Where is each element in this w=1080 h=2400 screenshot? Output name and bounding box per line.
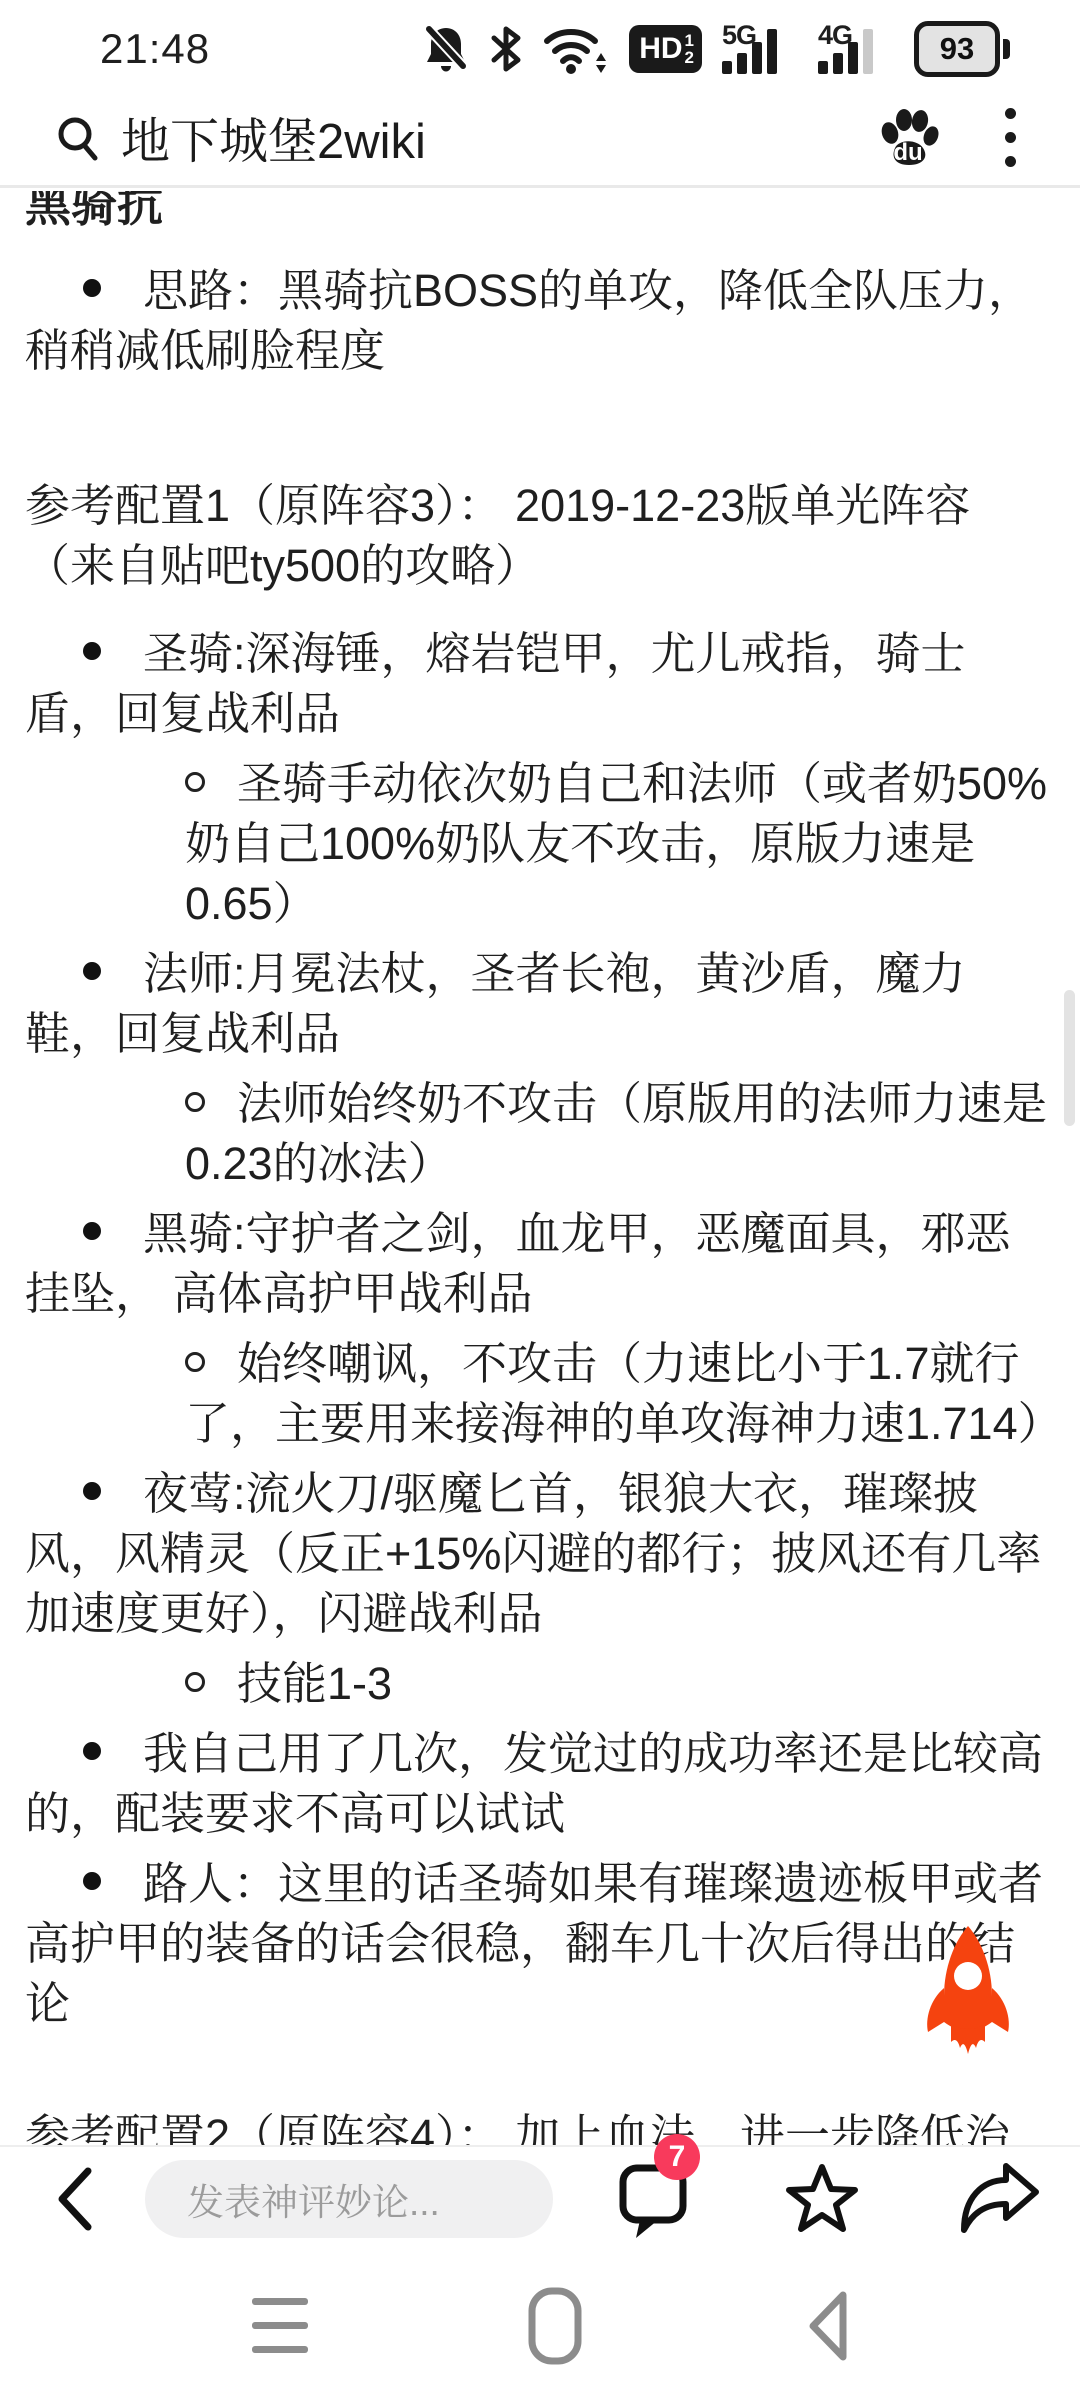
home-icon xyxy=(528,2287,582,2365)
list-item-text: 圣骑手动依次奶自己和法师（或者奶50%奶自己100%奶队友不攻击，原版力速是0.… xyxy=(185,758,1047,929)
list-item: 技能1-3 xyxy=(185,1654,1055,1714)
bullet-dot-icon xyxy=(83,962,101,980)
bullet-circle-icon xyxy=(185,1352,205,1372)
list-item: 圣骑:深海锤，熔岩铠甲，尤儿戒指，骑士盾，回复战利品 xyxy=(25,624,1055,744)
search-icon xyxy=(55,115,101,161)
list-item-text: 夜莺:流火刀/驱魔匕首，银狼大衣，璀璨披风，风精灵（反正+15%闪避的都行；披风… xyxy=(25,1468,1041,1639)
bullet-dot-icon xyxy=(83,642,101,660)
bottom-toolbar: 发表神评妙论... 7 xyxy=(0,2145,1080,2251)
list-item-text: 我自己用了几次，发觉过的成功率还是比较高的，配装要求不高可以试试 xyxy=(25,1728,1043,1839)
hd-voice-icon: HD 1 2 xyxy=(629,25,702,73)
list-item: 路人：这里的话圣骑如果有璀璨遗迹板甲或者高护甲的装备的话会很稳，翻车几十次后得出… xyxy=(25,1854,1055,2034)
list-item: 法师:月冕法杖，圣者长袍，黄沙盾，魔力鞋，回复战利品 xyxy=(25,944,1055,1064)
bullet-circle-icon xyxy=(185,772,205,792)
system-navbar xyxy=(0,2251,1080,2400)
list-item-text: 始终嘲讽，不攻击（力速比小于1.7就行了，主要用来接海神的单攻海神力速1.714… xyxy=(185,1338,1063,1449)
list-item: 法师始终奶不攻击（原版用的法师力速是0.23的冰法） xyxy=(185,1074,1055,1194)
intro-list: 思路：黑骑抗BOSS的单攻，降低全队压力，稍稍减低刷脸程度 xyxy=(25,261,1055,381)
status-icons: HD 1 2 5G 4G 93 xyxy=(423,21,1010,77)
comments-button[interactable]: 7 xyxy=(618,2158,688,2240)
back-chevron-icon[interactable] xyxy=(55,2166,95,2232)
baidu-logo-icon[interactable]: du xyxy=(877,108,939,168)
notifications-muted-icon xyxy=(423,24,469,74)
list-item-text: 法师:月冕法杖，圣者长袍，黄沙盾，魔力鞋，回复战利品 xyxy=(25,948,966,1059)
scrollbar-thumb[interactable] xyxy=(1064,990,1075,1126)
config2-paragraph: 参考配置2（原阵容4）： 加上血法，进一步降低治疗压力 xyxy=(25,2106,1055,2145)
more-menu-icon[interactable] xyxy=(1001,104,1020,171)
comment-input[interactable]: 发表神评妙论... xyxy=(145,2160,553,2238)
config-list: 圣骑:深海锤，熔岩铠甲，尤儿戒指，骑士盾，回复战利品圣骑手动依次奶自己和法师（或… xyxy=(25,624,1055,2034)
article-content: 黑骑抗 思路：黑骑抗BOSS的单攻，降低全队压力，稍稍减低刷脸程度 参考配置1（… xyxy=(0,191,1080,2145)
search-bar[interactable]: 地下城堡2wiki du xyxy=(0,90,1080,188)
bullet-circle-icon xyxy=(185,1672,205,1692)
wifi-icon xyxy=(543,23,609,75)
list-item-text: 路人：这里的话圣骑如果有璀璨遗迹板甲或者高护甲的装备的话会很稳，翻车几十次后得出… xyxy=(25,1858,1043,2029)
recents-icon xyxy=(252,2298,308,2353)
bullet-circle-icon xyxy=(185,1092,205,1112)
list-item: 思路：黑骑抗BOSS的单攻，降低全队压力，稍稍减低刷脸程度 xyxy=(25,261,1055,381)
battery-icon: 93 xyxy=(914,21,1010,77)
status-bar: 21:48 HD 1 2 xyxy=(0,0,1080,90)
bluetooth-icon xyxy=(489,24,523,74)
back-triangle-icon xyxy=(805,2288,851,2364)
bullet-dot-icon xyxy=(83,279,101,297)
list-item-text: 黑骑:守护者之剑，血龙甲，恶魔面具，邪恶挂坠， 高体高护甲战利品 xyxy=(25,1208,1011,1319)
config1-paragraph: 参考配置1（原阵容3）： 2019-12-23版单光阵容（来自贴吧ty500的攻… xyxy=(25,476,1055,596)
back-button[interactable] xyxy=(788,2251,868,2400)
section-heading: 黑骑抗 xyxy=(25,191,1055,231)
signal-4g-icon: 4G xyxy=(818,22,894,76)
recents-button[interactable] xyxy=(240,2251,320,2400)
status-time: 21:48 xyxy=(100,25,210,73)
favorite-star-button[interactable] xyxy=(784,2161,860,2237)
list-item-text: 思路：黑骑抗BOSS的单攻，降低全队压力，稍稍减低刷脸程度 xyxy=(25,265,1033,376)
screen: { "status": { "time": "21:48", "hd": "HD… xyxy=(0,0,1080,2400)
list-item: 我自己用了几次，发觉过的成功率还是比较高的，配装要求不高可以试试 xyxy=(25,1724,1055,1844)
signal-5g-icon: 5G xyxy=(722,22,798,76)
list-item-text: 技能1-3 xyxy=(237,1658,392,1709)
svg-text:du: du xyxy=(893,139,922,166)
bullet-dot-icon xyxy=(83,1482,101,1500)
share-button[interactable] xyxy=(956,2160,1040,2238)
comment-placeholder: 发表神评妙论... xyxy=(187,2172,440,2226)
comment-count-badge: 7 xyxy=(654,2134,700,2180)
battery-percent: 93 xyxy=(914,21,1000,77)
list-item: 始终嘲讽，不攻击（力速比小于1.7就行了，主要用来接海神的单攻海神力速1.714… xyxy=(185,1334,1055,1454)
list-item-text: 圣骑:深海锤，熔岩铠甲，尤儿戒指，骑士盾，回复战利品 xyxy=(25,628,966,739)
bullet-dot-icon xyxy=(83,1872,101,1890)
list-item-text: 法师始终奶不攻击（原版用的法师力速是0.23的冰法） xyxy=(185,1078,1047,1189)
bullet-dot-icon xyxy=(83,1222,101,1240)
search-query[interactable]: 地下城堡2wiki xyxy=(121,103,426,173)
home-button[interactable] xyxy=(515,2251,595,2400)
list-item: 黑骑:守护者之剑，血龙甲，恶魔面具，邪恶挂坠， 高体高护甲战利品 xyxy=(25,1204,1055,1324)
list-item: 圣骑手动依次奶自己和法师（或者奶50%奶自己100%奶队友不攻击，原版力速是0.… xyxy=(185,754,1055,934)
back-to-top-rocket-icon[interactable] xyxy=(920,1924,1016,2079)
list-item: 夜莺:流火刀/驱魔匕首，银狼大衣，璀璨披风，风精灵（反正+15%闪避的都行；披风… xyxy=(25,1464,1055,1644)
bullet-dot-icon xyxy=(83,1742,101,1760)
